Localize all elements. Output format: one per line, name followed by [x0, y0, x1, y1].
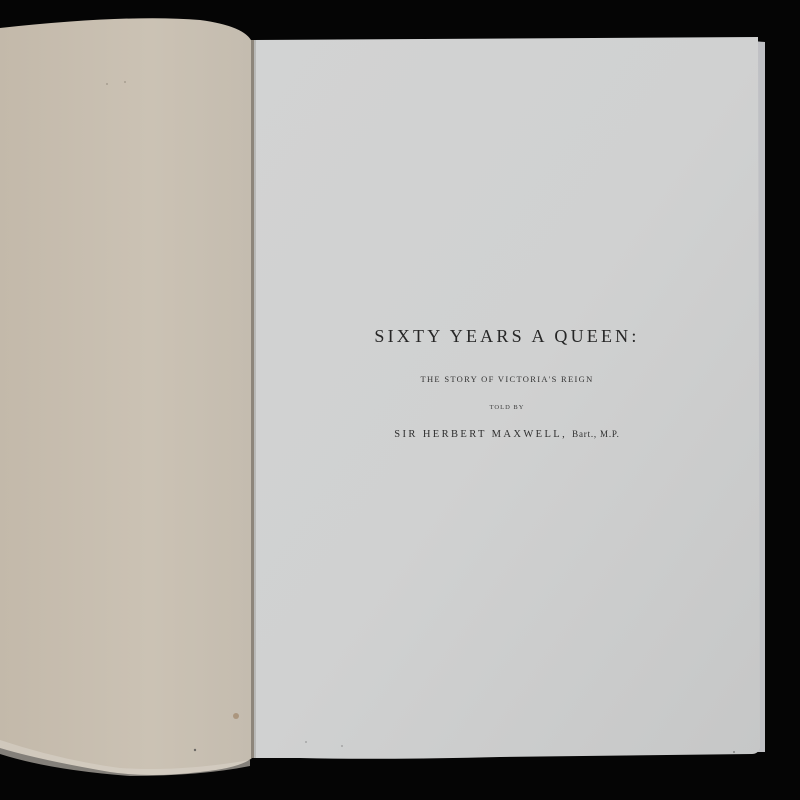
gutter — [251, 40, 254, 758]
right-page — [254, 37, 760, 759]
author-suffix: Bart., M.P. — [572, 429, 620, 439]
author-name: SIR HERBERT MAXWELL, — [394, 429, 567, 440]
book-illustration — [0, 0, 800, 800]
told-by-label: TOLD BY — [256, 404, 758, 411]
left-page — [0, 18, 252, 775]
book-subtitle: THE STORY OF VICTORIA'S REIGN — [256, 374, 758, 384]
author-line: SIR HERBERT MAXWELL, Bart., M.P. — [256, 429, 758, 440]
open-book-photo: SIXTY YEARS A QUEEN: THE STORY OF VICTOR… — [0, 0, 800, 800]
book-title: SIXTY YEARS A QUEEN: — [256, 326, 758, 347]
